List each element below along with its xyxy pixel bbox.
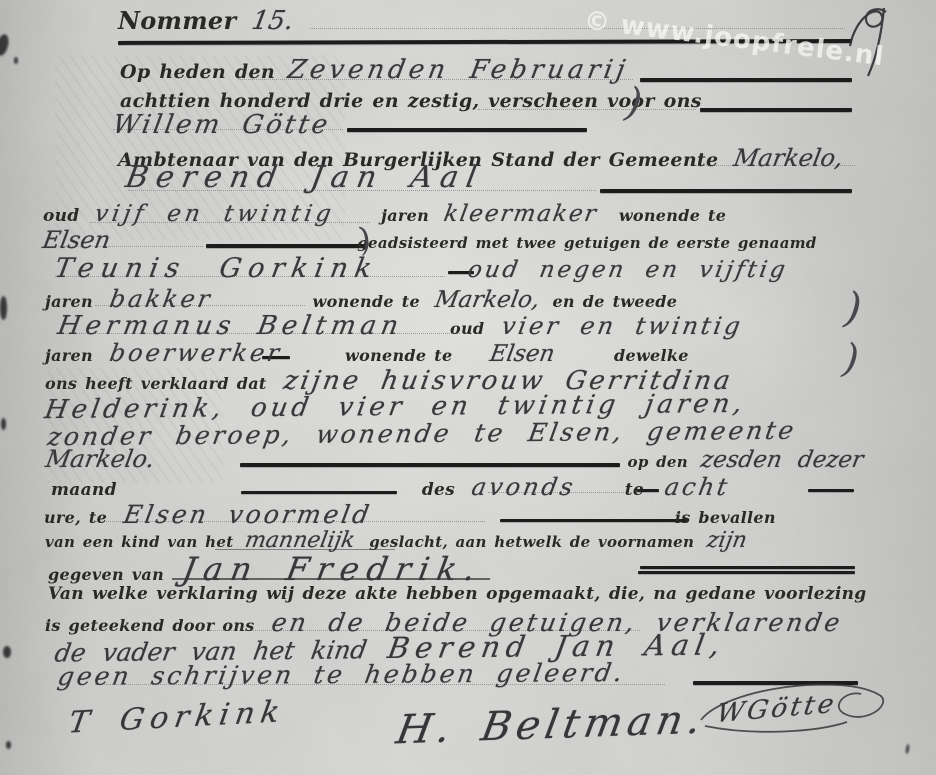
- handwritten-entry: Elsen: [41, 228, 112, 252]
- scan-artifact: [3, 646, 11, 658]
- record-number-value: 15.: [249, 8, 295, 34]
- handwritten-dash: [808, 489, 854, 492]
- handwritten-entry: vier en twintig: [499, 314, 744, 338]
- handwritten-entry: mannelijk: [243, 530, 356, 552]
- handwritten-entry: Markelo.: [44, 447, 157, 471]
- document-line: jaren boerwerker wonende te Elsen dewelk…: [45, 341, 689, 366]
- printed-form-text: jaren: [45, 292, 93, 311]
- printed-form-text: wonende te: [619, 206, 726, 225]
- document-line: achttien honderd drie en zestig, versche…: [120, 92, 702, 111]
- form-rule: [347, 128, 587, 132]
- document-line: gegeven van Jan Fredrik.: [48, 553, 483, 585]
- pen-flourish: ): [842, 282, 863, 332]
- printed-form-text: te: [625, 480, 644, 500]
- handwritten-entry: Hermanus Beltman: [56, 313, 405, 339]
- printed-form-text: ons heeft verklaard dat: [45, 374, 267, 393]
- form-rule: [700, 108, 852, 112]
- handwritten-entry: avonds: [470, 475, 578, 499]
- handwritten-entry: Markelo,: [433, 289, 541, 312]
- printed-form-text: is geteekend door ons: [45, 616, 255, 635]
- signature-gorkink: T Gorkink: [66, 694, 288, 740]
- document-line: zonder beroep, wonende te Elsen, gemeent…: [48, 418, 797, 450]
- printed-form-text: Van welke verklaring wij deze akte hebbe…: [48, 584, 866, 604]
- document-line: van een kind van het mannelijk geslacht,…: [45, 530, 747, 552]
- handwritten-entry: boerwerker: [108, 341, 284, 365]
- printed-form-text: op den: [628, 453, 688, 471]
- printed-form-text: en de tweede: [552, 292, 677, 311]
- printed-form-text: is bevallen: [675, 508, 776, 527]
- handwritten-entry: geen schrijven te hebben geleerd.: [56, 660, 627, 689]
- form-rule: [640, 566, 855, 569]
- pen-flourish: ): [841, 335, 861, 382]
- signature-beltman: H. Beltman.: [393, 697, 710, 754]
- handwritten-entry: Willem Götte: [111, 112, 333, 138]
- scan-artifact: [1, 418, 6, 430]
- printed-form-text: geadsisteerd met twee getuigen de eerste…: [357, 234, 816, 252]
- scan-artifact: [0, 33, 10, 57]
- form-rule: [638, 571, 855, 574]
- document-line: Willem Götte: [113, 112, 330, 138]
- printed-form-text: oud: [43, 206, 80, 226]
- handwritten-entry: Berend Jan Aal: [123, 163, 486, 193]
- scan-artifact: [14, 57, 18, 64]
- printed-form-text: ure, te: [44, 508, 107, 527]
- printed-form-text: van een kind van het: [45, 533, 233, 551]
- handwritten-entry: kleermaker: [442, 203, 600, 226]
- handwritten-entry: Elsen voormeld: [122, 502, 374, 527]
- document-line: Markelo. op den zesden dezer: [46, 447, 863, 472]
- handwritten-entry: Elsen: [488, 343, 556, 366]
- document-line: Van welke verklaring wij deze akte hebbe…: [48, 586, 866, 603]
- handwritten-entry: bakker: [108, 287, 215, 311]
- handwritten-entry: vijf en twintig: [93, 203, 337, 226]
- printed-form-text: gegeven van: [48, 565, 164, 584]
- printed-form-text: wonende te: [345, 346, 452, 365]
- printed-form-text: des: [422, 480, 455, 500]
- birth-record-scan: Nommer 15. © www.joopfrele.nl Op heden d…: [0, 0, 936, 775]
- handwritten-entry: Teunis Gorkink: [53, 255, 381, 282]
- printed-form-text: maand: [51, 480, 117, 500]
- scan-artifact: [6, 741, 11, 749]
- form-rule: [600, 189, 852, 193]
- printed-form-text: wonende te: [313, 292, 420, 311]
- pen-flourish: ): [623, 79, 645, 127]
- record-number-line: Nommer 15.: [118, 8, 293, 34]
- scan-artifact: [0, 296, 7, 320]
- document-line: Hermanus Beltman oud vier en twintig: [58, 313, 742, 339]
- document-line: Berend Jan Aal: [126, 163, 484, 193]
- document-line: jaren bakker wonende te Markelo, en de t…: [45, 287, 677, 312]
- printed-form-text: Op heden den: [120, 61, 275, 83]
- printed-form-text: oud: [450, 319, 484, 338]
- printed-form-text: jaren: [45, 346, 93, 365]
- document-line: geen schrijven te hebben geleerd.: [58, 660, 625, 689]
- printed-form-text: jaren: [381, 206, 429, 225]
- handwritten-entry: zonder beroep, wonende te Elsen, gemeent…: [46, 418, 799, 450]
- form-rule: [640, 78, 852, 82]
- handwritten-entry: Zevenden Februarij: [286, 57, 631, 83]
- handwritten-entry: oud negen en vijftig: [466, 259, 790, 282]
- record-number-label: Nommer: [118, 6, 236, 35]
- printed-form-text: geslacht, aan hetwelk de voornamen: [369, 533, 694, 551]
- handwritten-entry: Jan Fredrik.: [180, 553, 485, 585]
- handwritten-entry: zijn: [705, 530, 749, 552]
- document-line: maand des avonds te acht: [51, 475, 730, 499]
- document-line: ure, te Elsen voormeld is bevallen: [44, 502, 776, 527]
- document-line: Op heden den Zevenden Februarij: [120, 57, 629, 83]
- document-line: Teunis Gorkink oud negen en vijftig: [55, 255, 788, 282]
- printed-form-text: achttien honderd drie en zestig, versche…: [120, 90, 702, 112]
- signature-gotte-flourish: [695, 678, 895, 740]
- handwritten-entry: Markelo,: [731, 146, 844, 170]
- printed-form-text: dewelke: [614, 346, 689, 365]
- scan-artifact: [905, 744, 909, 754]
- handwritten-entry: zesden dezer: [699, 449, 865, 472]
- document-line: Elsen geadsisteerd met twee getuigen de …: [43, 228, 817, 252]
- document-line: oud vijf en twintig jaren kleermaker won…: [43, 203, 726, 226]
- handwritten-entry: acht: [663, 475, 732, 499]
